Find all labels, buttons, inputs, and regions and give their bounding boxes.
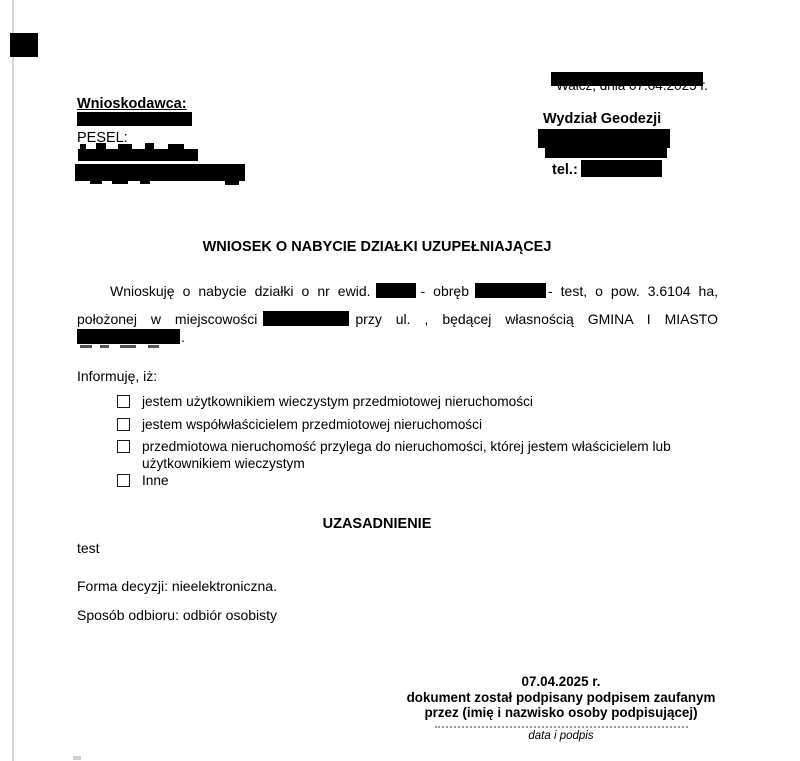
document-title: WNIOSEK O NABYCIE DZIAŁKI UZUPEŁNIAJĄCEJ — [77, 239, 677, 255]
checkbox-adjacent-property[interactable] — [117, 440, 130, 453]
justification-heading: UZASADNIENIE — [77, 516, 677, 532]
document-page: Wałcz, dnia 07.04.2025 r. Wnioskodawca: … — [0, 0, 800, 761]
redaction-bar-owner — [77, 329, 180, 344]
redaction-bar-locality — [263, 311, 349, 326]
checkbox-label: Inne — [142, 473, 169, 490]
redacted-text-fragment — [90, 181, 102, 184]
page-edge-rule — [12, 0, 14, 761]
redaction-bar-precinct — [475, 283, 546, 298]
decision-form-line: Forma decyzji: nieelektroniczna. — [77, 578, 277, 594]
city-date-line: Wałcz, dnia 07.04.2025 r. — [551, 72, 731, 94]
redaction-block-top-left — [10, 33, 38, 57]
department-label: Wydział Geodezji — [543, 111, 661, 127]
checkbox-row-other: Inne — [117, 473, 169, 490]
checkbox-row-adjacent-property: przedmiotowa nieruchomość przylega do ni… — [117, 439, 720, 472]
checkbox-label: przedmiotowa nieruchomość przylega do ni… — [142, 439, 720, 472]
applicant-label: Wnioskodawca: — [77, 96, 187, 112]
checkbox-row-co-owner: jestem współwłaścicielem przedmiotowej n… — [117, 417, 482, 434]
redacted-text-fragment — [112, 181, 128, 184]
redacted-text-fragment — [80, 345, 92, 348]
signature-date: 07.04.2025 r. — [400, 674, 722, 690]
redaction-bar-plot-number — [376, 283, 416, 298]
redaction-bar-department-address1 — [538, 129, 670, 148]
signature-caption: data i podpis — [400, 730, 722, 742]
body-text: położonej w miejscowości — [77, 311, 257, 327]
signature-statement-line2: przez (imię i nazwisko osoby podpisujące… — [400, 705, 722, 721]
body-text: przy ul. , będącej własnością GMINA I MI… — [355, 311, 718, 327]
redacted-text-fragment — [100, 345, 109, 348]
body-text: - test, o pow. 3.6104 ha, — [548, 283, 718, 299]
telephone-label: tel.: — [552, 162, 578, 178]
redacted-text-fragment — [140, 181, 150, 184]
redaction-bar-applicant-name — [77, 112, 192, 126]
redaction-bar-department-address2 — [545, 148, 667, 158]
checkbox-label: jestem użytkownikiem wieczystym przedmio… — [142, 394, 533, 411]
body-text: - obręb — [421, 283, 469, 299]
redaction-bar-applicant-city — [75, 164, 245, 181]
body-line-3: . — [77, 329, 718, 345]
checkbox-perpetual-user[interactable] — [117, 395, 130, 408]
signature-dotted-line — [435, 726, 688, 728]
delivery-method-line: Sposób odbioru: odbiór osobisty — [77, 607, 277, 623]
redaction-bar-date — [551, 72, 703, 86]
justification-text: test — [77, 540, 100, 556]
signature-statement-line1: dokument został podpisany podpisem zaufa… — [400, 690, 722, 706]
redacted-text-fragment — [225, 181, 239, 185]
signature-block: 07.04.2025 r. dokument został podpisany … — [400, 674, 722, 742]
page-artifact-speck — [73, 756, 81, 760]
body-text: . — [181, 329, 185, 345]
checkbox-row-perpetual-user: jestem użytkownikiem wieczystym przedmio… — [117, 394, 533, 411]
body-line-1: Wnioskuję o nabycie działki o nr ewid.- … — [77, 283, 718, 299]
redacted-text-fragment — [120, 345, 136, 348]
checkbox-co-owner[interactable] — [117, 418, 130, 431]
info-section-label: Informuję, iż: — [77, 368, 157, 384]
checkbox-label: jestem współwłaścicielem przedmiotowej n… — [142, 417, 482, 434]
redaction-bar-applicant-street — [78, 149, 198, 161]
body-text: Wnioskuję o nabycie działki o nr ewid. — [110, 283, 371, 299]
redaction-bar-telephone — [581, 160, 662, 177]
checkbox-other[interactable] — [117, 474, 130, 487]
redacted-text-fragment — [148, 345, 159, 348]
body-line-2: położonej w miejscowościprzy ul. , będąc… — [77, 311, 718, 327]
